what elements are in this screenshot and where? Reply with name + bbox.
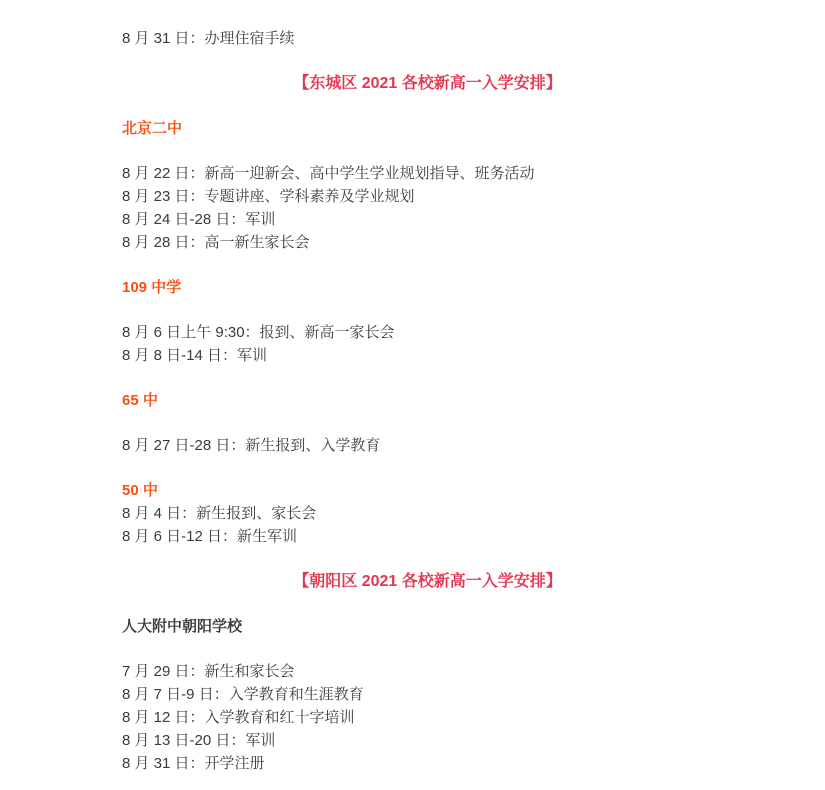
district-section-heading: 【东城区 2021 各校新高一入学安排】 <box>122 72 733 95</box>
schedule-line: 8 月 22 日：新高一迎新会、高中学生学业规划指导、班务活动 <box>122 165 535 182</box>
schedule-line: 8 月 7 日-9 日：入学教育和生涯教育 <box>122 686 364 703</box>
school-schedule-paragraph: 50 中8 月 4 日：新生报到、家长会8 月 6 日-12 日：新生军训 <box>122 479 733 548</box>
schedule-line: 8 月 6 日-12 日：新生军训 <box>122 528 297 545</box>
schedule-line: 8 月 31 日：办理住宿手续 <box>122 30 295 47</box>
schedule-paragraph: 8 月 27 日-28 日：新生报到、入学教育 <box>122 434 733 457</box>
schedule-paragraph: 7 月 29 日：新生和家长会8 月 7 日-9 日：入学教育和生涯教育8 月 … <box>122 660 733 775</box>
school-name-heading-black: 人大附中朝阳学校 <box>122 615 733 638</box>
schedule-paragraph: 8 月 22 日：新高一迎新会、高中学生学业规划指导、班务活动8 月 23 日：… <box>122 162 733 254</box>
schedule-line: 8 月 31 日：开学注册 <box>122 755 265 772</box>
schedule-line: 8 月 27 日-28 日：新生报到、入学教育 <box>122 437 380 454</box>
district-section-heading: 【朝阳区 2021 各校新高一入学安排】 <box>122 570 733 593</box>
schedule-line: 8 月 8 日-14 日：军训 <box>122 347 267 364</box>
schedule-line: 8 月 12 日：入学教育和红十字培训 <box>122 709 355 726</box>
schedule-line: 8 月 24 日-28 日：军训 <box>122 211 275 228</box>
schedule-paragraph: 8 月 31 日：办理住宿手续 <box>122 27 733 50</box>
schedule-line: 8 月 6 日上午 9:30：报到、新高一家长会 <box>122 324 395 341</box>
schedule-line: 8 月 4 日：新生报到、家长会 <box>122 505 316 522</box>
schedule-paragraph: 8 月 6 日上午 9:30：报到、新高一家长会8 月 8 日-14 日：军训 <box>122 321 733 367</box>
document-page: 8 月 31 日：办理住宿手续【东城区 2021 各校新高一入学安排】北京二中8… <box>0 0 825 790</box>
schedule-line: 8 月 13 日-20 日：军训 <box>122 732 275 749</box>
schedule-line: 8 月 28 日：高一新生家长会 <box>122 234 310 251</box>
schedule-line: 8 月 23 日：专题讲座、学科素养及学业规划 <box>122 188 415 205</box>
school-name-heading: 50 中 <box>122 482 158 499</box>
school-name-heading: 65 中 <box>122 389 733 412</box>
article-body: 8 月 31 日：办理住宿手续【东城区 2021 各校新高一入学安排】北京二中8… <box>0 0 825 775</box>
school-name-heading: 109 中学 <box>122 276 733 299</box>
schedule-line: 7 月 29 日：新生和家长会 <box>122 663 295 680</box>
school-name-heading: 北京二中 <box>122 117 733 140</box>
